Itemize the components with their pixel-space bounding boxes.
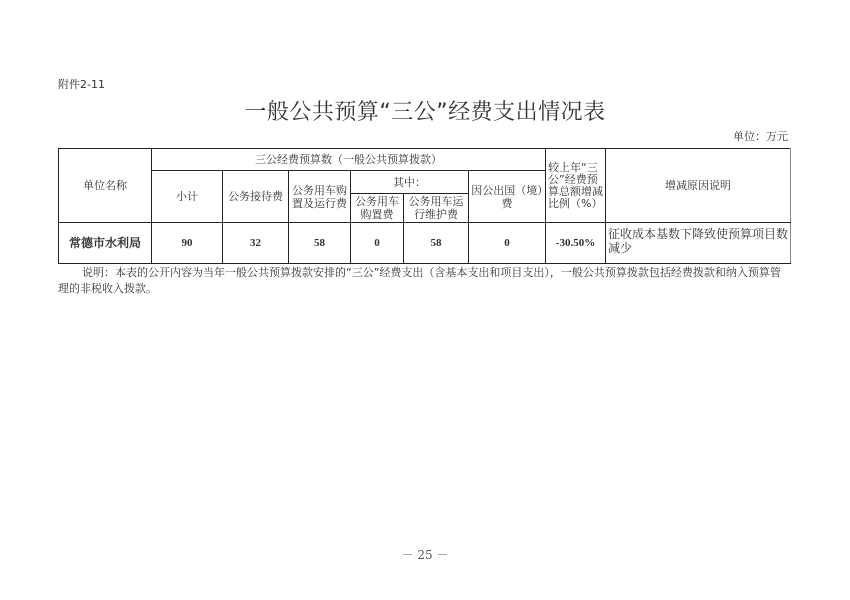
header-reason: 增减原因说明 [606, 149, 791, 223]
header-overseas: 因公出国（境）费 [469, 171, 546, 223]
cell-change-ratio: -30.50% [546, 223, 606, 264]
unit-label: 单位：万元 [733, 128, 788, 144]
cell-vehicle-total: 58 [289, 223, 351, 264]
header-vehicle-purchase: 公务用车购置费 [351, 194, 404, 223]
page-number: － 25 － [0, 546, 850, 563]
cell-overseas: 0 [469, 223, 546, 264]
cell-reception: 32 [223, 223, 289, 264]
header-of-which: 其中： [351, 171, 469, 194]
cell-reason: 征收成本基数下降致使预算项目数减少 [606, 223, 791, 264]
header-unit-name: 单位名称 [59, 149, 152, 223]
cell-vehicle-operation: 58 [404, 223, 469, 264]
header-vehicle-total: 公务用车购置及运行费 [289, 171, 351, 223]
table-note: 说明：本表的公开内容为当年一般公共预算拨款安排的“三公”经费支出（含基本支出和项… [58, 265, 790, 297]
header-vehicle-operation: 公务用车运行维护费 [404, 194, 469, 223]
header-budget-group: 三公经费预算数（一般公共预算拨款） [152, 149, 546, 171]
cell-subtotal: 90 [152, 223, 223, 264]
page-title: 一般公共预算“三公”经费支出情况表 [0, 95, 850, 126]
header-reception: 公务接待费 [223, 171, 289, 223]
header-subtotal: 小计 [152, 171, 223, 223]
attachment-label: 附件2-11 [58, 76, 105, 92]
table-row: 常德市水利局 90 32 58 0 58 0 -30.50% 征收成本基数下降致… [59, 223, 791, 264]
header-change-ratio: 较上年“三公”经费预算总额增减比例（%） [546, 149, 606, 223]
cell-vehicle-purchase: 0 [351, 223, 404, 264]
three-public-expenses-table: 单位名称 三公经费预算数（一般公共预算拨款） 较上年“三公”经费预算总额增减比例… [58, 148, 791, 264]
cell-unit-name: 常德市水利局 [59, 223, 152, 264]
